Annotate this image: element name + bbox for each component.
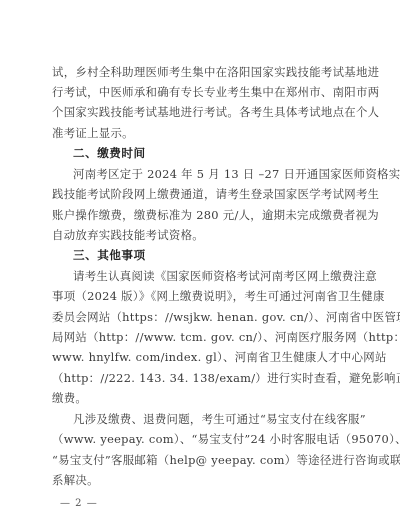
body-text-line: （www. yeepay. com）、“易宝支付”24 小时客服电话（95070… <box>52 429 348 449</box>
section-heading-other-matters: 三、其他事项 <box>73 245 146 265</box>
body-text-line: 请考生认真阅读《国家医师资格考试河南考区网上缴费注意 <box>73 266 348 286</box>
body-text-line: 个国家实践技能考试基地进行考试。各考生具体考试地点在个人 <box>52 102 348 122</box>
body-text-line: 河南考区定于 2024 年 5 月 13 日 –27 日开通国家医师资格实 <box>73 164 348 184</box>
body-text-line: 系解决。 <box>52 470 348 490</box>
body-text-line: www. hnylfw. com/index. gl）、河南省卫生健康人才中心网… <box>52 347 348 367</box>
body-text-line: 缴费。 <box>52 388 348 408</box>
body-text-line: 账户操作缴费，缴费标准为 280 元/人，逾期未完成缴费者视为 <box>52 205 348 225</box>
document-page: 试，乡村全科助理医师考生集中在洛阳国家实践技能考试基地进 行考试，中医师承和确有… <box>0 0 400 509</box>
page-number: — 2 — <box>60 498 98 509</box>
body-text-line: 委员会网站（https：//wsjkw. henan. gov. cn/）、河南… <box>52 307 348 327</box>
body-text-line: 准考证上显示。 <box>52 123 348 143</box>
body-text-line: 试，乡村全科助理医师考生集中在洛阳国家实践技能考试基地进 <box>52 62 348 82</box>
body-text-line: 局网站（http：//www. tcm. gov. cn/）、河南医疗服务网（h… <box>52 327 348 347</box>
body-text-line: 践技能考试阶段网上缴费通道，请考生登录国家医学考试网考生 <box>52 184 348 204</box>
body-text-line: 事项（2024 版）》《网上缴费说明》，考生可通过河南省卫生健康 <box>52 286 348 306</box>
body-text-line: （http：//222. 143. 34. 138/exam/）进行实时查看，避… <box>52 368 348 388</box>
body-text-line: “易宝支付”客服邮箱（help@ yeepay. com）等途径进行咨询或联 <box>52 450 348 470</box>
section-heading-payment-time: 二、缴费时间 <box>73 143 146 163</box>
body-text-line: 行考试，中医师承和确有专长专业考生集中在郑州市、南阳市两 <box>52 82 348 102</box>
body-text-line: 凡涉及缴费、退费问题，考生可通过“易宝支付在线客服” <box>73 409 348 429</box>
body-text-line: 自动放弃实践技能考试资格。 <box>52 225 348 245</box>
